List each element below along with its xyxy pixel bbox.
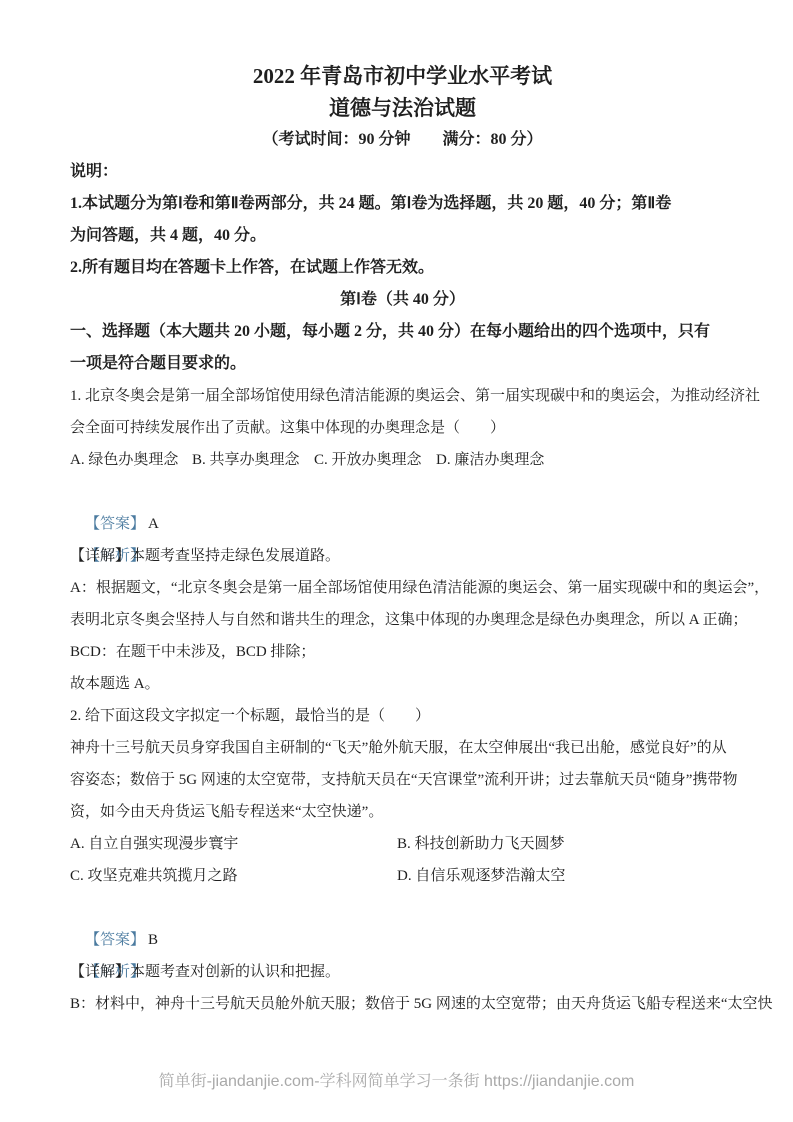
- q2-stem-line: 2. 给下面这段文字拟定一个标题，最恰当的是（ ）: [70, 700, 735, 732]
- section-title: 第Ⅰ卷（共 40 分）: [70, 284, 735, 316]
- q1-option-b: B. 共享办奥理念: [192, 444, 314, 476]
- q2-options-row-2: C. 攻坚克难共筑揽月之路 D. 自信乐观逐梦浩瀚太空: [70, 860, 735, 892]
- q1-detail-line-5: 故本题选 A。: [70, 668, 735, 700]
- q2-passage-line-1: 神舟十三号航天员身穿我国自主研制的“飞天”舱外航天服，在太空伸展出“我已出舱，感…: [70, 732, 735, 764]
- q1-detail-line-1: 【详解】本题考查坚持走绿色发展道路。: [70, 540, 735, 572]
- q1-answer-value: A: [148, 516, 159, 532]
- note-line-2: 2.所有题目均在答题卡上作答，在试题上作答无效。: [70, 252, 735, 284]
- q2-option-a: A. 自立自强实现漫步寰宇: [70, 828, 397, 860]
- q2-passage-line-2: 容姿态；数倍于 5G 网速的太空宽带，支持航天员在“天宫课堂”流利开讲；过去靠航…: [70, 764, 735, 796]
- q1-analysis-line: 【解析】: [70, 508, 735, 540]
- q1-answer-line: 【答案】A: [70, 476, 735, 508]
- q1-detail-line-3: 表明北京冬奥会坚持人与自然和谐共生的理念，这集中体现的办奥理念是绿色办奥理念，所…: [70, 604, 735, 636]
- note-line-1b: 为问答题，共 4 题，40 分。: [70, 220, 735, 252]
- q2-analysis-line: 【解析】: [70, 924, 735, 956]
- section-intro-line-2: 一项是符合题目要求的。: [70, 348, 735, 380]
- q1-option-a: A. 绿色办奥理念: [70, 444, 192, 476]
- q2-detail-line-1: 【详解】本题考查对创新的认识和把握。: [70, 956, 735, 988]
- q2-passage-line-3: 资，如今由天舟货运飞船专程送来“太空快递”。: [70, 796, 735, 828]
- q1-detail-line-2: A：根据题文，“北京冬奥会是第一届全部场馆使用绿色清洁能源的奥运会、第一届实现碳…: [70, 572, 735, 604]
- q2-option-c: C. 攻坚克难共筑揽月之路: [70, 860, 397, 892]
- q1-stem-line-2: 会全面可持续发展作出了贡献。这集中体现的办奥理念是（ ）: [70, 412, 735, 444]
- q2-detail-line-2: B：材料中，神舟十三号航天员舱外航天服；数倍于 5G 网速的太空宽带；由天舟货运…: [70, 988, 735, 1020]
- footer-watermark: 简单街-jiandanjie.com-学科网简单学习一条街 https://ji…: [0, 1066, 793, 1098]
- section-intro-line-1: 一、选择题（本大题共 20 小题，每小题 2 分，共 40 分）在每小题给出的四…: [70, 316, 735, 348]
- exam-title: 2022 年青岛市初中学业水平考试: [70, 60, 735, 92]
- note-line-1a: 1.本试题分为第Ⅰ卷和第Ⅱ卷两部分，共 24 题。第Ⅰ卷为选择题，共 20 题，…: [70, 188, 735, 220]
- q1-option-d: D. 廉洁办奥理念: [436, 444, 544, 476]
- q2-answer-value: B: [148, 932, 158, 948]
- exam-paper-page: 2022 年青岛市初中学业水平考试 道德与法治试题 （考试时间：90 分钟 满分…: [70, 60, 735, 1020]
- exam-info: （考试时间：90 分钟 满分：80 分）: [70, 124, 735, 156]
- q2-options-row-1: A. 自立自强实现漫步寰宇 B. 科技创新助力飞天圆梦: [70, 828, 735, 860]
- q1-stem-line-1: 1. 北京冬奥会是第一届全部场馆使用绿色清洁能源的奥运会、第一届实现碳中和的奥运…: [70, 380, 735, 412]
- q1-option-c: C. 开放办奥理念: [314, 444, 436, 476]
- q1-detail-line-4: BCD：在题干中未涉及，BCD 排除；: [70, 636, 735, 668]
- notes-heading: 说明：: [70, 156, 735, 188]
- q1-answer-label: 【答案】: [85, 516, 145, 532]
- q1-options-row: A. 绿色办奥理念 B. 共享办奥理念 C. 开放办奥理念 D. 廉洁办奥理念: [70, 444, 735, 476]
- q2-option-b: B. 科技创新助力飞天圆梦: [397, 828, 565, 860]
- q2-option-d: D. 自信乐观逐梦浩瀚太空: [397, 860, 565, 892]
- q2-answer-label: 【答案】: [85, 932, 145, 948]
- q2-answer-line: 【答案】B: [70, 892, 735, 924]
- paper-subtitle: 道德与法治试题: [70, 92, 735, 124]
